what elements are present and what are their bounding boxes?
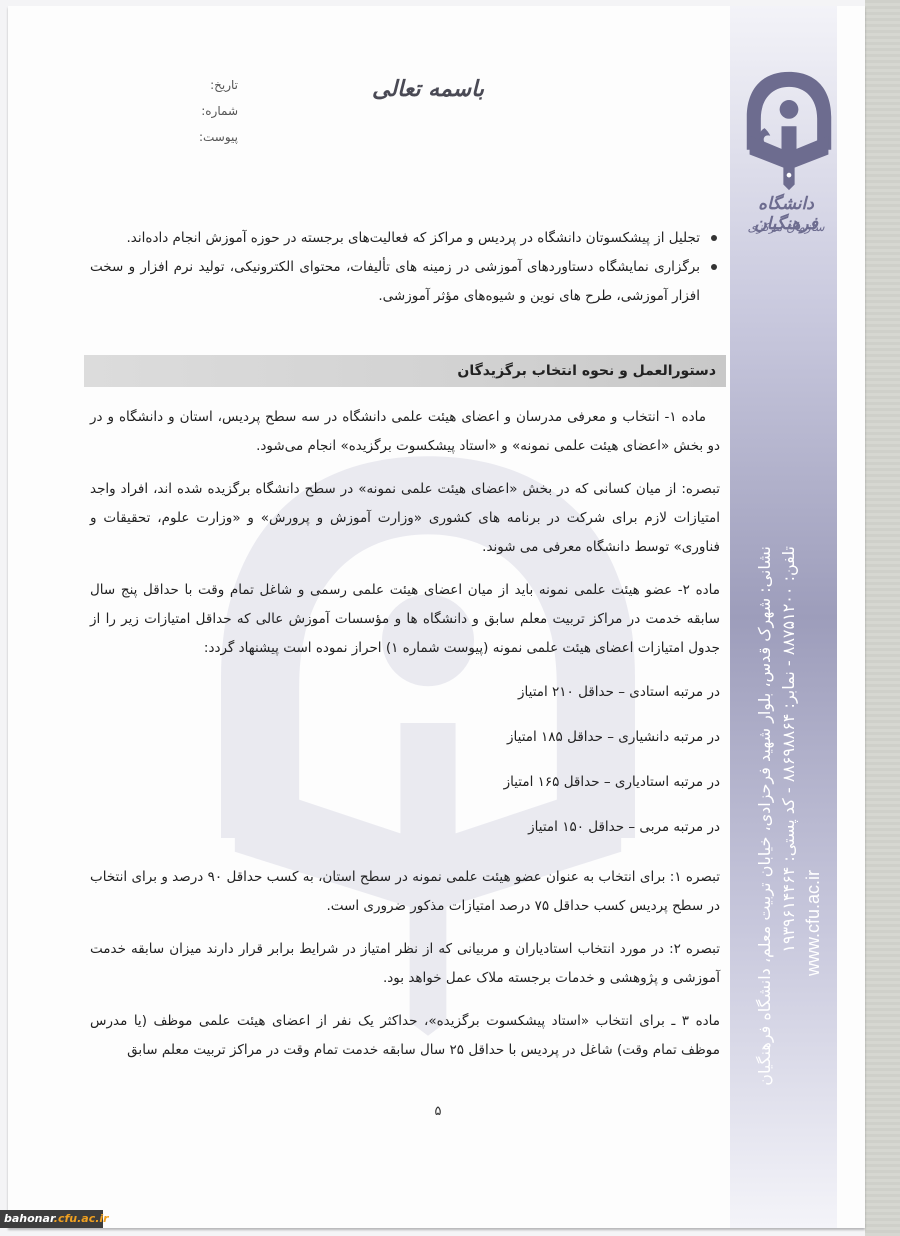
site-badge-host: bahonar xyxy=(4,1212,54,1225)
address-line: نشانی: شهرک قدس، بلوار شهید فرحزادی، خیا… xyxy=(753,546,777,1016)
number-label: شماره: xyxy=(158,98,238,124)
article-2: ماده ۲- عضو هیئت علمی نمونه باید از میان… xyxy=(90,576,720,663)
bullet-item: برگزاری نمایشگاه دستاوردهای آموزشی در زم… xyxy=(90,253,720,311)
document-body: تجلیل از پیشکسوتان دانشگاه در پردیس و مر… xyxy=(90,224,720,1079)
phone-line: تلفن: ۸۸۷۵۱۲۰۰ - نمابر: ۸۸۶۹۸۸۶۴ - کد پس… xyxy=(777,546,801,1016)
attachment-label: پیوست: xyxy=(158,124,238,150)
logo-subtitle: سازمان مرکزی xyxy=(736,220,836,234)
site-badge[interactable]: bahonar.cfu.ac.ir xyxy=(0,1210,103,1228)
rank-item-assistant: در مرتبه استادیاری – حداقل ۱۶۵ امتیاز xyxy=(90,767,720,812)
rank-item-associate: در مرتبه دانشیاری – حداقل ۱۸۵ امتیاز xyxy=(90,722,720,767)
rank-requirements-list: در مرتبه استادی – حداقل ۲۱۰ امتیاز در مر… xyxy=(90,677,720,857)
rank-item-instructor: در مرتبه مربی – حداقل ۱۵۰ امتیاز xyxy=(90,812,720,857)
document-page: دانشگاه فرهنگیان سازمان مرکزی نشانی: شهر… xyxy=(8,6,865,1228)
scanner-edge xyxy=(865,0,900,1236)
section-heading: دستورالعمل و نحوه انتخاب برگزیدگان xyxy=(84,355,726,387)
date-label: تاریخ: xyxy=(158,72,238,98)
bullet-list: تجلیل از پیشکسوتان دانشگاه در پردیس و مر… xyxy=(90,224,720,311)
bismillah-heading: باسمه تعالی xyxy=(368,76,488,102)
article-1: ماده ۱- انتخاب و معرفی مدرسان و اعضای هی… xyxy=(90,403,720,461)
note-2: تبصره ۲: در مورد انتخاب استادیاران و مرب… xyxy=(90,935,720,993)
article-3: ماده ۳ ـ برای انتخاب «استاد پیشکسوت برگز… xyxy=(90,1007,720,1065)
site-badge-domain: .cfu.ac.ir xyxy=(54,1212,109,1225)
bullet-item: تجلیل از پیشکسوتان دانشگاه در پردیس و مر… xyxy=(90,224,720,253)
website-link[interactable]: www.cfu.ac.ir xyxy=(801,546,825,1016)
note-1: تبصره ۱: برای انتخاب به عنوان عضو هیئت ع… xyxy=(90,863,720,921)
university-logo-icon xyxy=(742,70,836,192)
letter-meta-fields: تاریخ: شماره: پیوست: xyxy=(158,72,238,150)
rank-item-professor: در مرتبه استادی – حداقل ۲۱۰ امتیاز xyxy=(90,677,720,722)
letterhead-address: نشانی: شهرک قدس، بلوار شهید فرحزادی، خیا… xyxy=(753,546,825,1016)
note-paragraph: تبصره: از میان کسانی که در بخش «اعضای هی… xyxy=(90,475,720,562)
page-number: ۵ xyxy=(428,1104,448,1119)
